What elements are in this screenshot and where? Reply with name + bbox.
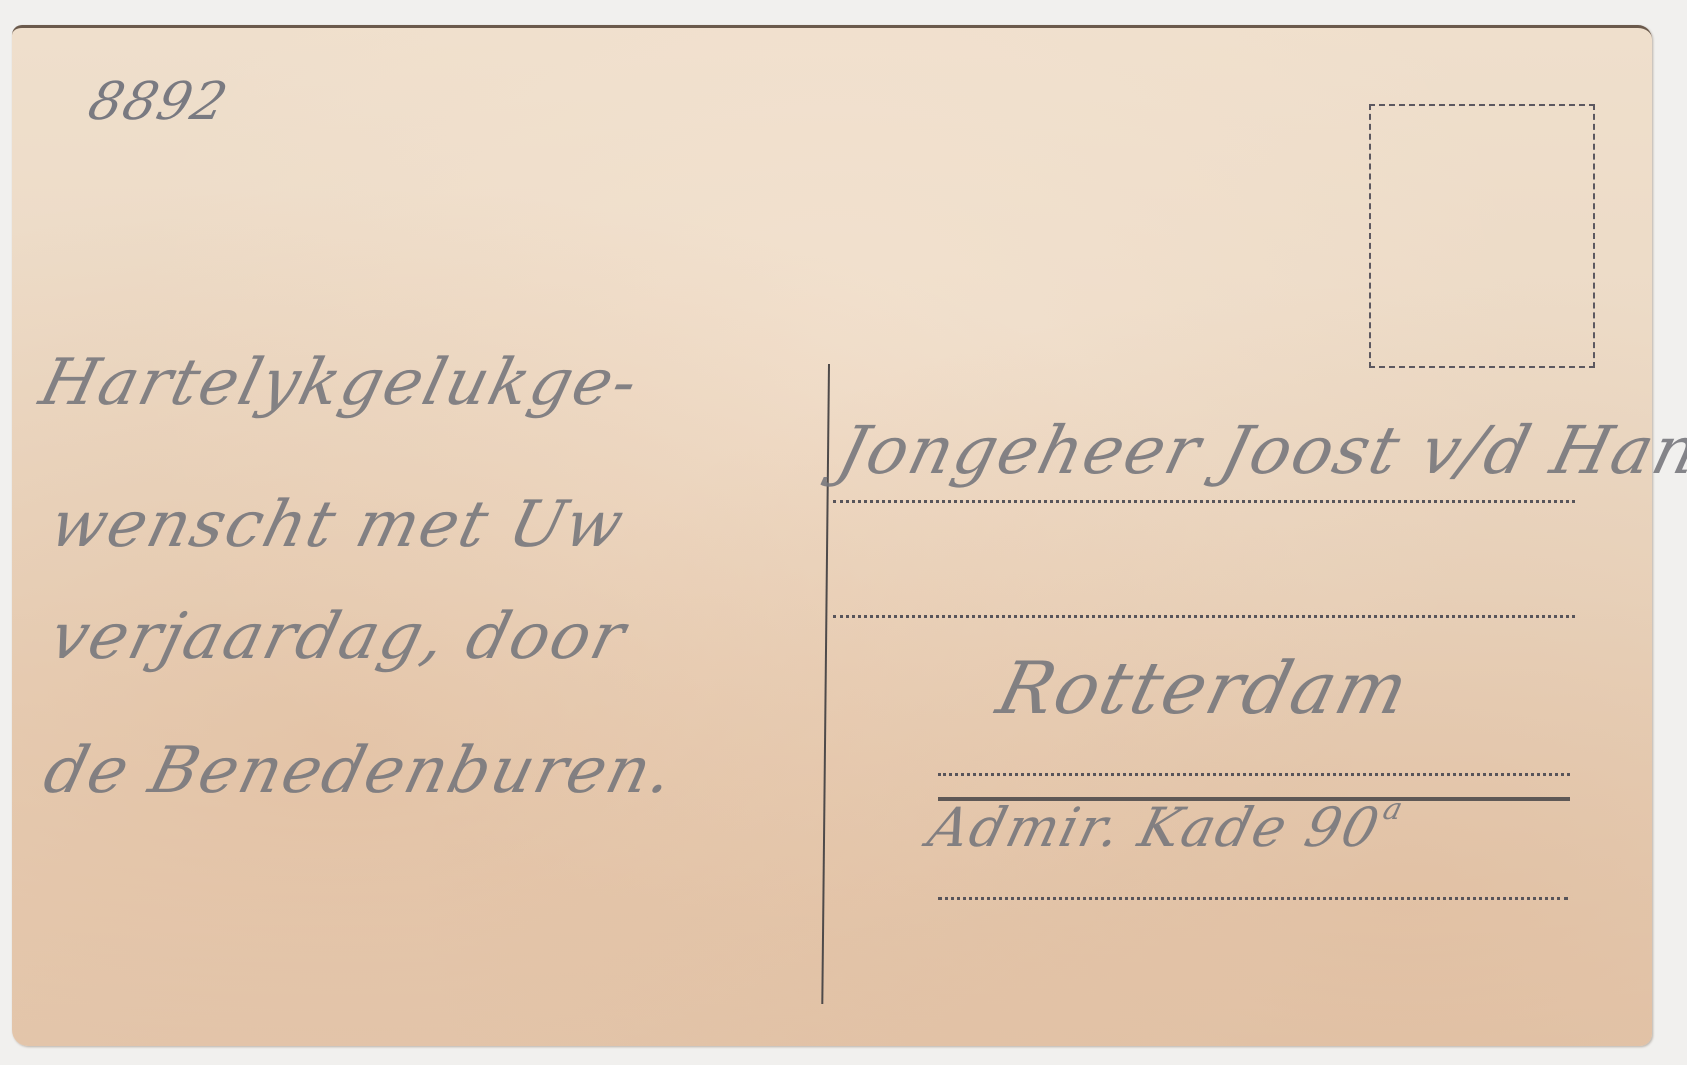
postcard-back: 8892 Hartelykgelukge- wenscht met Uw ver… [12, 25, 1652, 1046]
address-dotted-line [938, 773, 1570, 776]
catalog-number: 8892 [83, 72, 234, 132]
message-line: verjaardag, door [43, 600, 634, 674]
address-dotted-line [938, 897, 1568, 900]
message-line: wenscht met Uw [43, 488, 633, 562]
stamp-box [1369, 104, 1595, 368]
center-divider [821, 364, 830, 1004]
address-dotted-line [833, 500, 1575, 503]
recipient-street: Admir. Kade 90a [922, 796, 1407, 859]
street-text: Admir. Kade 90 [922, 796, 1387, 859]
address-dotted-line [833, 615, 1575, 618]
recipient-city: Rotterdam [990, 646, 1419, 730]
recipient-name: Jongeheer Joost v/d Handel [830, 412, 1687, 489]
message-line: de Benedenburen. [37, 734, 683, 808]
message-line: Hartelykgelukge- [33, 346, 647, 420]
